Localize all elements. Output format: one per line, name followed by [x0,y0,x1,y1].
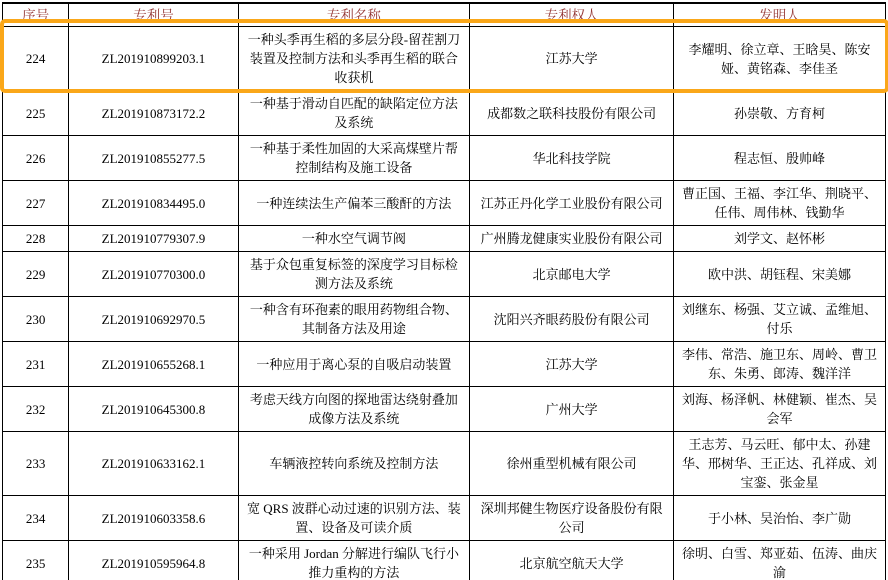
cell-inventors: 欧中洪、胡钰程、宋美娜 [674,252,886,297]
table-row: 232 ZL201910645300.8 考虑天线方向图的探地雷达绕射叠加成像方… [3,387,886,432]
column-header-holder: 专利权人 [470,3,674,27]
cell-index: 232 [3,387,69,432]
cell-holder: 深圳邦健生物医疗设备股份有限公司 [470,496,674,541]
patent-list-page: 序号 专利号 专利名称 专利权人 发明人 224 ZL201910899203.… [0,0,888,580]
cell-patent-no: ZL201910779307.9 [69,226,239,252]
cell-index: 233 [3,432,69,496]
cell-inventors: 王志芳、马云旺、郁中太、孙建华、邢树华、王正达、孔祥成、刘宝銮、张金星 [674,432,886,496]
cell-inventors: 于小林、吴治怡、李广勋 [674,496,886,541]
cell-index: 231 [3,342,69,387]
column-header-patent-no: 专利号 [69,3,239,27]
cell-patent-name: 考虑天线方向图的探地雷达绕射叠加成像方法及系统 [238,387,469,432]
cell-inventors: 徐明、白雪、郑亚茹、伍涛、曲庆渝 [674,541,886,580]
cell-holder: 北京航空航天大学 [470,541,674,580]
cell-patent-name: 宽 QRS 波群心动过速的识别方法、装置、设备及可读介质 [238,496,469,541]
cell-patent-name: 一种水空气调节阀 [238,226,469,252]
cell-index: 230 [3,297,69,342]
cell-index: 234 [3,496,69,541]
cell-patent-no: ZL201910655268.1 [69,342,239,387]
cell-holder: 华北科技学院 [470,136,674,181]
cell-patent-name: 一种应用于离心泵的自吸启动装置 [238,342,469,387]
cell-holder: 成都数之联科技股份有限公司 [470,91,674,136]
table-row: 234 ZL201910603358.6 宽 QRS 波群心动过速的识别方法、装… [3,496,886,541]
cell-index: 224 [3,27,69,91]
table-row: 235 ZL201910595964.8 一种采用 Jordan 分解进行编队飞… [3,541,886,580]
column-header-inventors: 发明人 [674,3,886,27]
cell-index: 225 [3,91,69,136]
cell-patent-no: ZL201910595964.8 [69,541,239,580]
cell-patent-no: ZL201910633162.1 [69,432,239,496]
cell-index: 227 [3,181,69,226]
table-row: 231 ZL201910655268.1 一种应用于离心泵的自吸启动装置 江苏大… [3,342,886,387]
cell-inventors: 刘学文、赵怀彬 [674,226,886,252]
cell-inventors: 刘海、杨泽帆、林健颖、崔杰、吴会军 [674,387,886,432]
cell-patent-name: 一种采用 Jordan 分解进行编队飞行小推力重构的方法 [238,541,469,580]
cell-patent-name: 车辆液控转向系统及控制方法 [238,432,469,496]
patent-table: 序号 专利号 专利名称 专利权人 发明人 224 ZL201910899203.… [2,2,886,580]
cell-inventors: 李耀明、徐立章、王晗昊、陈安娅、黄铭森、李佳圣 [674,27,886,91]
table-row: 224 ZL201910899203.1 一种头季再生稻的多层分段-留茬割刀装置… [3,27,886,91]
cell-holder: 沈阳兴齐眼药股份有限公司 [470,297,674,342]
cell-inventors: 刘继东、杨强、艾立诚、孟维旭、付乐 [674,297,886,342]
cell-patent-name: 一种连续法生产偏苯三酸酐的方法 [238,181,469,226]
cell-patent-name: 一种含有环孢素的眼用药物组合物、其制备方法及用途 [238,297,469,342]
table-header-row: 序号 专利号 专利名称 专利权人 发明人 [3,3,886,27]
table-row: 227 ZL201910834495.0 一种连续法生产偏苯三酸酐的方法 江苏正… [3,181,886,226]
cell-patent-no: ZL201910603358.6 [69,496,239,541]
cell-holder: 江苏大学 [470,342,674,387]
cell-patent-name: 一种基于柔性加固的大采高煤壁片帮控制结构及施工设备 [238,136,469,181]
column-header-patent-name: 专利名称 [238,3,469,27]
column-header-index: 序号 [3,3,69,27]
cell-holder: 江苏大学 [470,27,674,91]
cell-holder: 广州腾龙健康实业股份有限公司 [470,226,674,252]
cell-inventors: 曹正国、王福、李江华、荆晓平、任伟、周伟林、钱勤华 [674,181,886,226]
cell-patent-name: 一种基于滑动自匹配的缺陷定位方法及系统 [238,91,469,136]
table-row: 228 ZL201910779307.9 一种水空气调节阀 广州腾龙健康实业股份… [3,226,886,252]
cell-holder: 北京邮电大学 [470,252,674,297]
cell-inventors: 程志恒、殷帅峰 [674,136,886,181]
table-row: 225 ZL201910873172.2 一种基于滑动自匹配的缺陷定位方法及系统… [3,91,886,136]
cell-patent-no: ZL201910834495.0 [69,181,239,226]
cell-patent-no: ZL201910770300.0 [69,252,239,297]
table-row: 229 ZL201910770300.0 基于众包重复标签的深度学习目标检测方法… [3,252,886,297]
cell-inventors: 孙崇敬、方育柯 [674,91,886,136]
cell-index: 229 [3,252,69,297]
cell-patent-no: ZL201910899203.1 [69,27,239,91]
cell-patent-no: ZL201910645300.8 [69,387,239,432]
cell-index: 228 [3,226,69,252]
cell-index: 226 [3,136,69,181]
table-row: 233 ZL201910633162.1 车辆液控转向系统及控制方法 徐州重型机… [3,432,886,496]
cell-holder: 徐州重型机械有限公司 [470,432,674,496]
cell-inventors: 李伟、常浩、施卫东、周岭、曹卫东、朱勇、郎涛、魏洋洋 [674,342,886,387]
cell-holder: 广州大学 [470,387,674,432]
table-row: 226 ZL201910855277.5 一种基于柔性加固的大采高煤壁片帮控制结… [3,136,886,181]
cell-patent-name: 一种头季再生稻的多层分段-留茬割刀装置及控制方法和头季再生稻的联合收获机 [238,27,469,91]
cell-patent-name: 基于众包重复标签的深度学习目标检测方法及系统 [238,252,469,297]
cell-holder: 江苏正丹化学工业股份有限公司 [470,181,674,226]
cell-index: 235 [3,541,69,580]
table-row: 230 ZL201910692970.5 一种含有环孢素的眼用药物组合物、其制备… [3,297,886,342]
cell-patent-no: ZL201910692970.5 [69,297,239,342]
cell-patent-no: ZL201910855277.5 [69,136,239,181]
cell-patent-no: ZL201910873172.2 [69,91,239,136]
